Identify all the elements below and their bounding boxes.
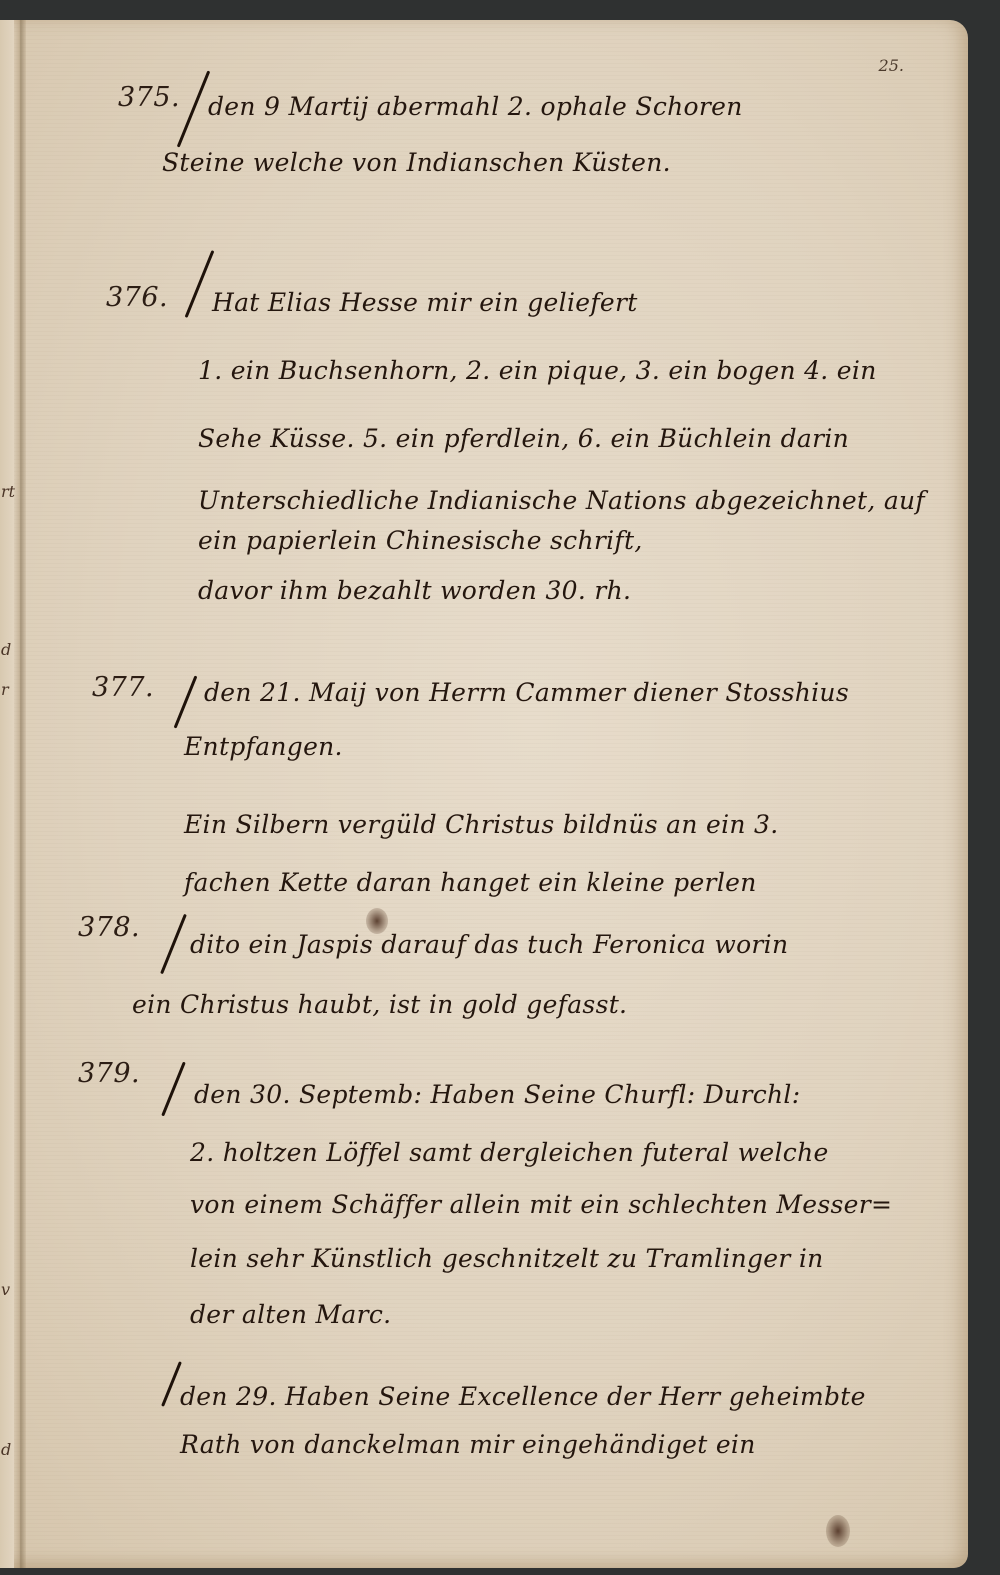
entry-line: den 29. Haben Seine Excellence der Herr …: [180, 1382, 866, 1411]
entry-line: dito ein Jaspis darauf das tuch Feronica…: [190, 930, 788, 959]
entry-marker-stroke: [160, 914, 187, 974]
manuscript-page: rt d r v d 25. 375. den 9 Martij abermah…: [0, 20, 968, 1568]
entry-marker-stroke: [161, 1062, 186, 1117]
entry-line: 1. ein Buchsenhorn, 2. ein pique, 3. ein…: [198, 356, 877, 385]
entry-number: 375.: [118, 82, 180, 113]
entry-marker-stroke: [185, 250, 215, 318]
margin-fragment: r: [1, 680, 9, 699]
entry-line: Sehe Küsse. 5. ein pferdlein, 6. ein Büc…: [198, 424, 849, 453]
entry-line: der alten Marc.: [190, 1300, 391, 1329]
entry-line: Hat Elias Hesse mir ein geliefert: [212, 288, 638, 317]
entry-line: ein papierlein Chinesische schrift,: [198, 526, 643, 555]
margin-fragment: d: [1, 640, 11, 659]
entry-marker-stroke: [174, 675, 198, 728]
entry-number: 377.: [92, 672, 154, 703]
entry-marker-stroke: [177, 70, 210, 147]
entry-line: den 9 Martij abermahl 2. ophale Schoren: [208, 92, 743, 121]
manuscript-scan: rt d r v d 25. 375. den 9 Martij abermah…: [0, 0, 1000, 1575]
margin-fragment: d: [1, 1440, 11, 1459]
entry-number: 376.: [106, 282, 168, 313]
entry-marker-stroke: [161, 1361, 182, 1407]
entry-line: Unterschiedliche Indianische Nations abg…: [198, 486, 925, 515]
entry-number: 379.: [78, 1058, 140, 1089]
margin-fragment: v: [1, 1280, 10, 1299]
entry-line: 2. holtzen Löffel samt dergleichen futer…: [190, 1138, 829, 1167]
entry-number: 378.: [78, 912, 140, 943]
entry-line: Ein Silbern vergüld Christus bildnüs an …: [184, 810, 778, 839]
entry-line: fachen Kette daran hanget ein kleine per…: [184, 868, 757, 897]
entry-line: den 30. Septemb: Haben Seine Churfl: Dur…: [194, 1080, 800, 1109]
folio-number: 25.: [879, 56, 904, 75]
margin-fragment: rt: [1, 482, 15, 501]
ink-stain: [826, 1515, 850, 1547]
previous-page-edge: [0, 20, 14, 1568]
entry-line: Rath von danckelman mir eingehändiget ei…: [180, 1430, 756, 1459]
entry-line: Entpfangen.: [184, 732, 343, 761]
ink-blot: [366, 908, 388, 934]
entry-line: von einem Schäffer allein mit ein schlec…: [190, 1190, 892, 1219]
entry-line: davor ihm bezahlt worden 30. rh.: [198, 576, 631, 605]
entry-line: ein Christus haubt, ist in gold gefasst.: [132, 990, 627, 1019]
entry-line: Steine welche von Indianschen Küsten.: [162, 148, 671, 177]
entry-line: lein sehr Künstlich geschnitzelt zu Tram…: [190, 1244, 824, 1273]
entry-line: den 21. Maij von Herrn Cammer diener Sto…: [204, 678, 849, 707]
binding-gutter: [14, 20, 26, 1568]
